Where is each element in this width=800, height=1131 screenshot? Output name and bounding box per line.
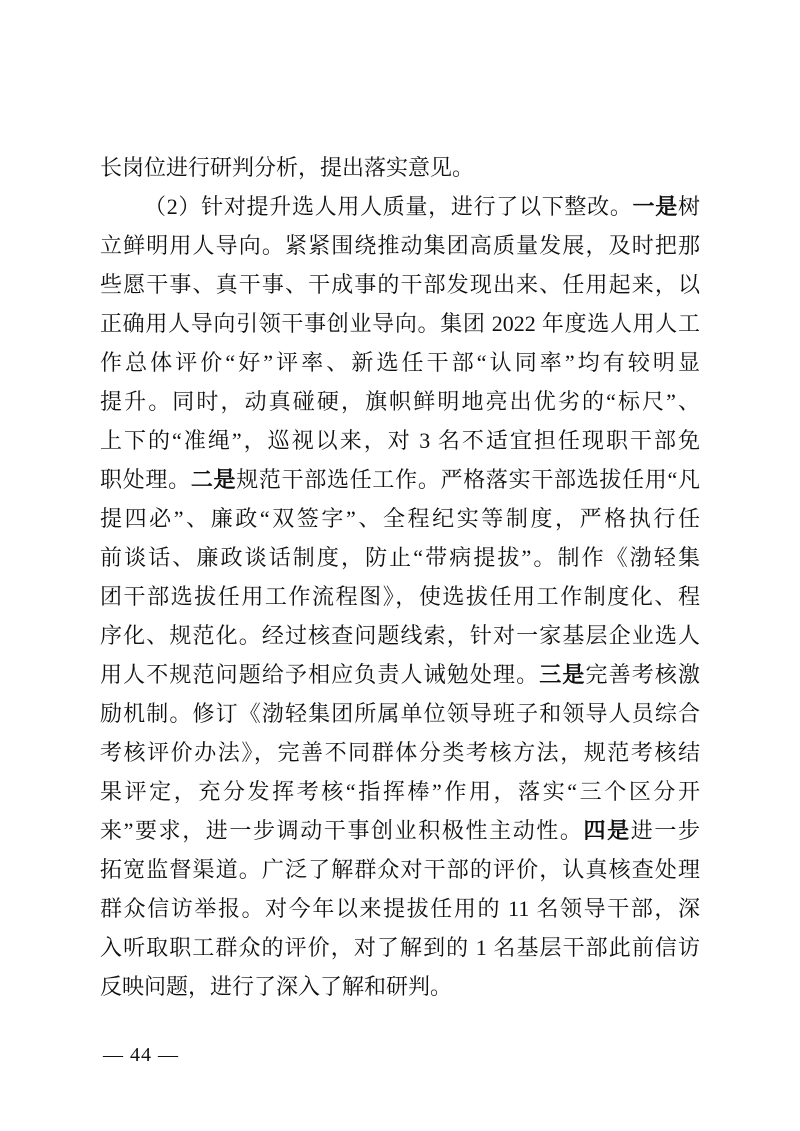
- page-number: — 44 —: [103, 1044, 179, 1067]
- text-run: 拓宽监督渠道。广泛了解群众对干部的评价，认真核查处理: [100, 857, 700, 882]
- text-run: 群众信访举报。对今年以来提拔任用的 11 名领导干部，深: [100, 896, 700, 921]
- text-run: （2）针对提升选人用人质量，进行了以下整改。: [144, 194, 633, 219]
- text-run: 考核评价办法》，完善不同群体分类考核方法，规范考核结: [100, 740, 700, 765]
- text-line: 序化、规范化。经过核查问题线索，针对一家基层企业选人: [100, 616, 700, 655]
- text-line: 用人不规范问题给予相应负责人诫勉处理。三是完善考核激: [100, 655, 700, 694]
- text-line: 来”要求，进一步调动干事创业积极性主动性。四是进一步: [100, 811, 700, 850]
- text-run: 团干部选拔任用工作流程图》，使选拔任用工作制度化、程: [100, 584, 700, 609]
- text-run: 用人不规范问题给予相应负责人诫勉处理。: [100, 662, 539, 687]
- text-line: 上下的“准绳”，巡视以来，对 3 名不适宜担任现职干部免: [100, 421, 700, 460]
- text-line: 正确用人导向引领干事创业导向。集团 2022 年度选人用人工: [100, 304, 700, 343]
- text-run: 立鲜明用人导向。紧紧围绕推动集团高质量发展，及时把那: [100, 233, 700, 258]
- text-line: 果评定，充分发挥考核“指挥棒”作用，落实“三个区分开: [100, 772, 700, 811]
- text-run: 完善考核激: [586, 662, 700, 687]
- text-line: 励机制。修订《渤轻集团所属单位领导班子和领导人员综合: [100, 694, 700, 733]
- text-line: 提升。同时，动真碰硬，旗帜鲜明地亮出优劣的“标尺”、: [100, 382, 700, 421]
- text-line: 群众信访举报。对今年以来提拔任用的 11 名领导干部，深: [100, 889, 700, 928]
- text-run: 上下的“准绳”，巡视以来，对 3 名不适宜担任现职干部免: [100, 428, 700, 453]
- bold-run: 四是: [584, 818, 631, 843]
- document-page: 长岗位进行研判分析，提出落实意见。（2）针对提升选人用人质量，进行了以下整改。一…: [0, 0, 800, 1131]
- text-run: 规范干部选任工作。严格落实干部选拔任用“凡: [236, 467, 700, 492]
- text-line: 考核评价办法》，完善不同群体分类考核方法，规范考核结: [100, 733, 700, 772]
- text-line: 提四必”、廉政“双签字”、全程纪实等制度，严格执行任: [100, 499, 700, 538]
- text-run: 前谈话、廉政谈话制度，防止“带病提拔”。制作《渤轻集: [100, 545, 700, 570]
- text-run: 来”要求，进一步调动干事创业积极性主动性。: [100, 818, 584, 843]
- text-line: 长岗位进行研判分析，提出落实意见。: [100, 148, 700, 187]
- text-run: 进一步: [631, 818, 700, 843]
- text-run: 职处理。: [100, 467, 191, 492]
- text-run: 反映问题，进行了深入了解和研判。: [100, 974, 452, 999]
- text-line: 拓宽监督渠道。广泛了解群众对干部的评价，认真核查处理: [100, 850, 700, 889]
- bold-run: 二是: [191, 467, 236, 492]
- text-line: （2）针对提升选人用人质量，进行了以下整改。一是树: [100, 187, 700, 226]
- text-run: 序化、规范化。经过核查问题线索，针对一家基层企业选人: [100, 623, 700, 648]
- text-run: 作总体评价“好”评率、新选任干部“认同率”均有较明显: [100, 350, 700, 375]
- text-run: 入听取职工群众的评价，对了解到的 1 名基层干部此前信访: [100, 935, 700, 960]
- text-run: 正确用人导向引领干事创业导向。集团 2022 年度选人用人工: [100, 311, 700, 336]
- text-line: 些愿干事、真干事、干成事的干部发现出来、任用起来，以: [100, 265, 700, 304]
- text-line: 职处理。二是规范干部选任工作。严格落实干部选拔任用“凡: [100, 460, 700, 499]
- text-line: 反映问题，进行了深入了解和研判。: [100, 967, 700, 1006]
- text-line: 立鲜明用人导向。紧紧围绕推动集团高质量发展，及时把那: [100, 226, 700, 265]
- text-run: 励机制。修订《渤轻集团所属单位领导班子和领导人员综合: [100, 701, 700, 726]
- text-run: 些愿干事、真干事、干成事的干部发现出来、任用起来，以: [100, 272, 700, 297]
- text-block: 长岗位进行研判分析，提出落实意见。（2）针对提升选人用人质量，进行了以下整改。一…: [100, 148, 700, 1006]
- text-run: 提升。同时，动真碰硬，旗帜鲜明地亮出优劣的“标尺”、: [100, 389, 700, 414]
- text-line: 前谈话、廉政谈话制度，防止“带病提拔”。制作《渤轻集: [100, 538, 700, 577]
- text-run: 树: [678, 194, 700, 219]
- text-line: 团干部选拔任用工作流程图》，使选拔任用工作制度化、程: [100, 577, 700, 616]
- bold-run: 三是: [539, 662, 585, 687]
- text-line: 入听取职工群众的评价，对了解到的 1 名基层干部此前信访: [100, 928, 700, 967]
- text-run: 长岗位进行研判分析，提出落实意见。: [100, 155, 474, 180]
- text-run: 提四必”、廉政“双签字”、全程纪实等制度，严格执行任: [100, 506, 700, 531]
- text-line: 作总体评价“好”评率、新选任干部“认同率”均有较明显: [100, 343, 700, 382]
- text-run: 果评定，充分发挥考核“指挥棒”作用，落实“三个区分开: [100, 779, 700, 804]
- bold-run: 一是: [633, 194, 678, 219]
